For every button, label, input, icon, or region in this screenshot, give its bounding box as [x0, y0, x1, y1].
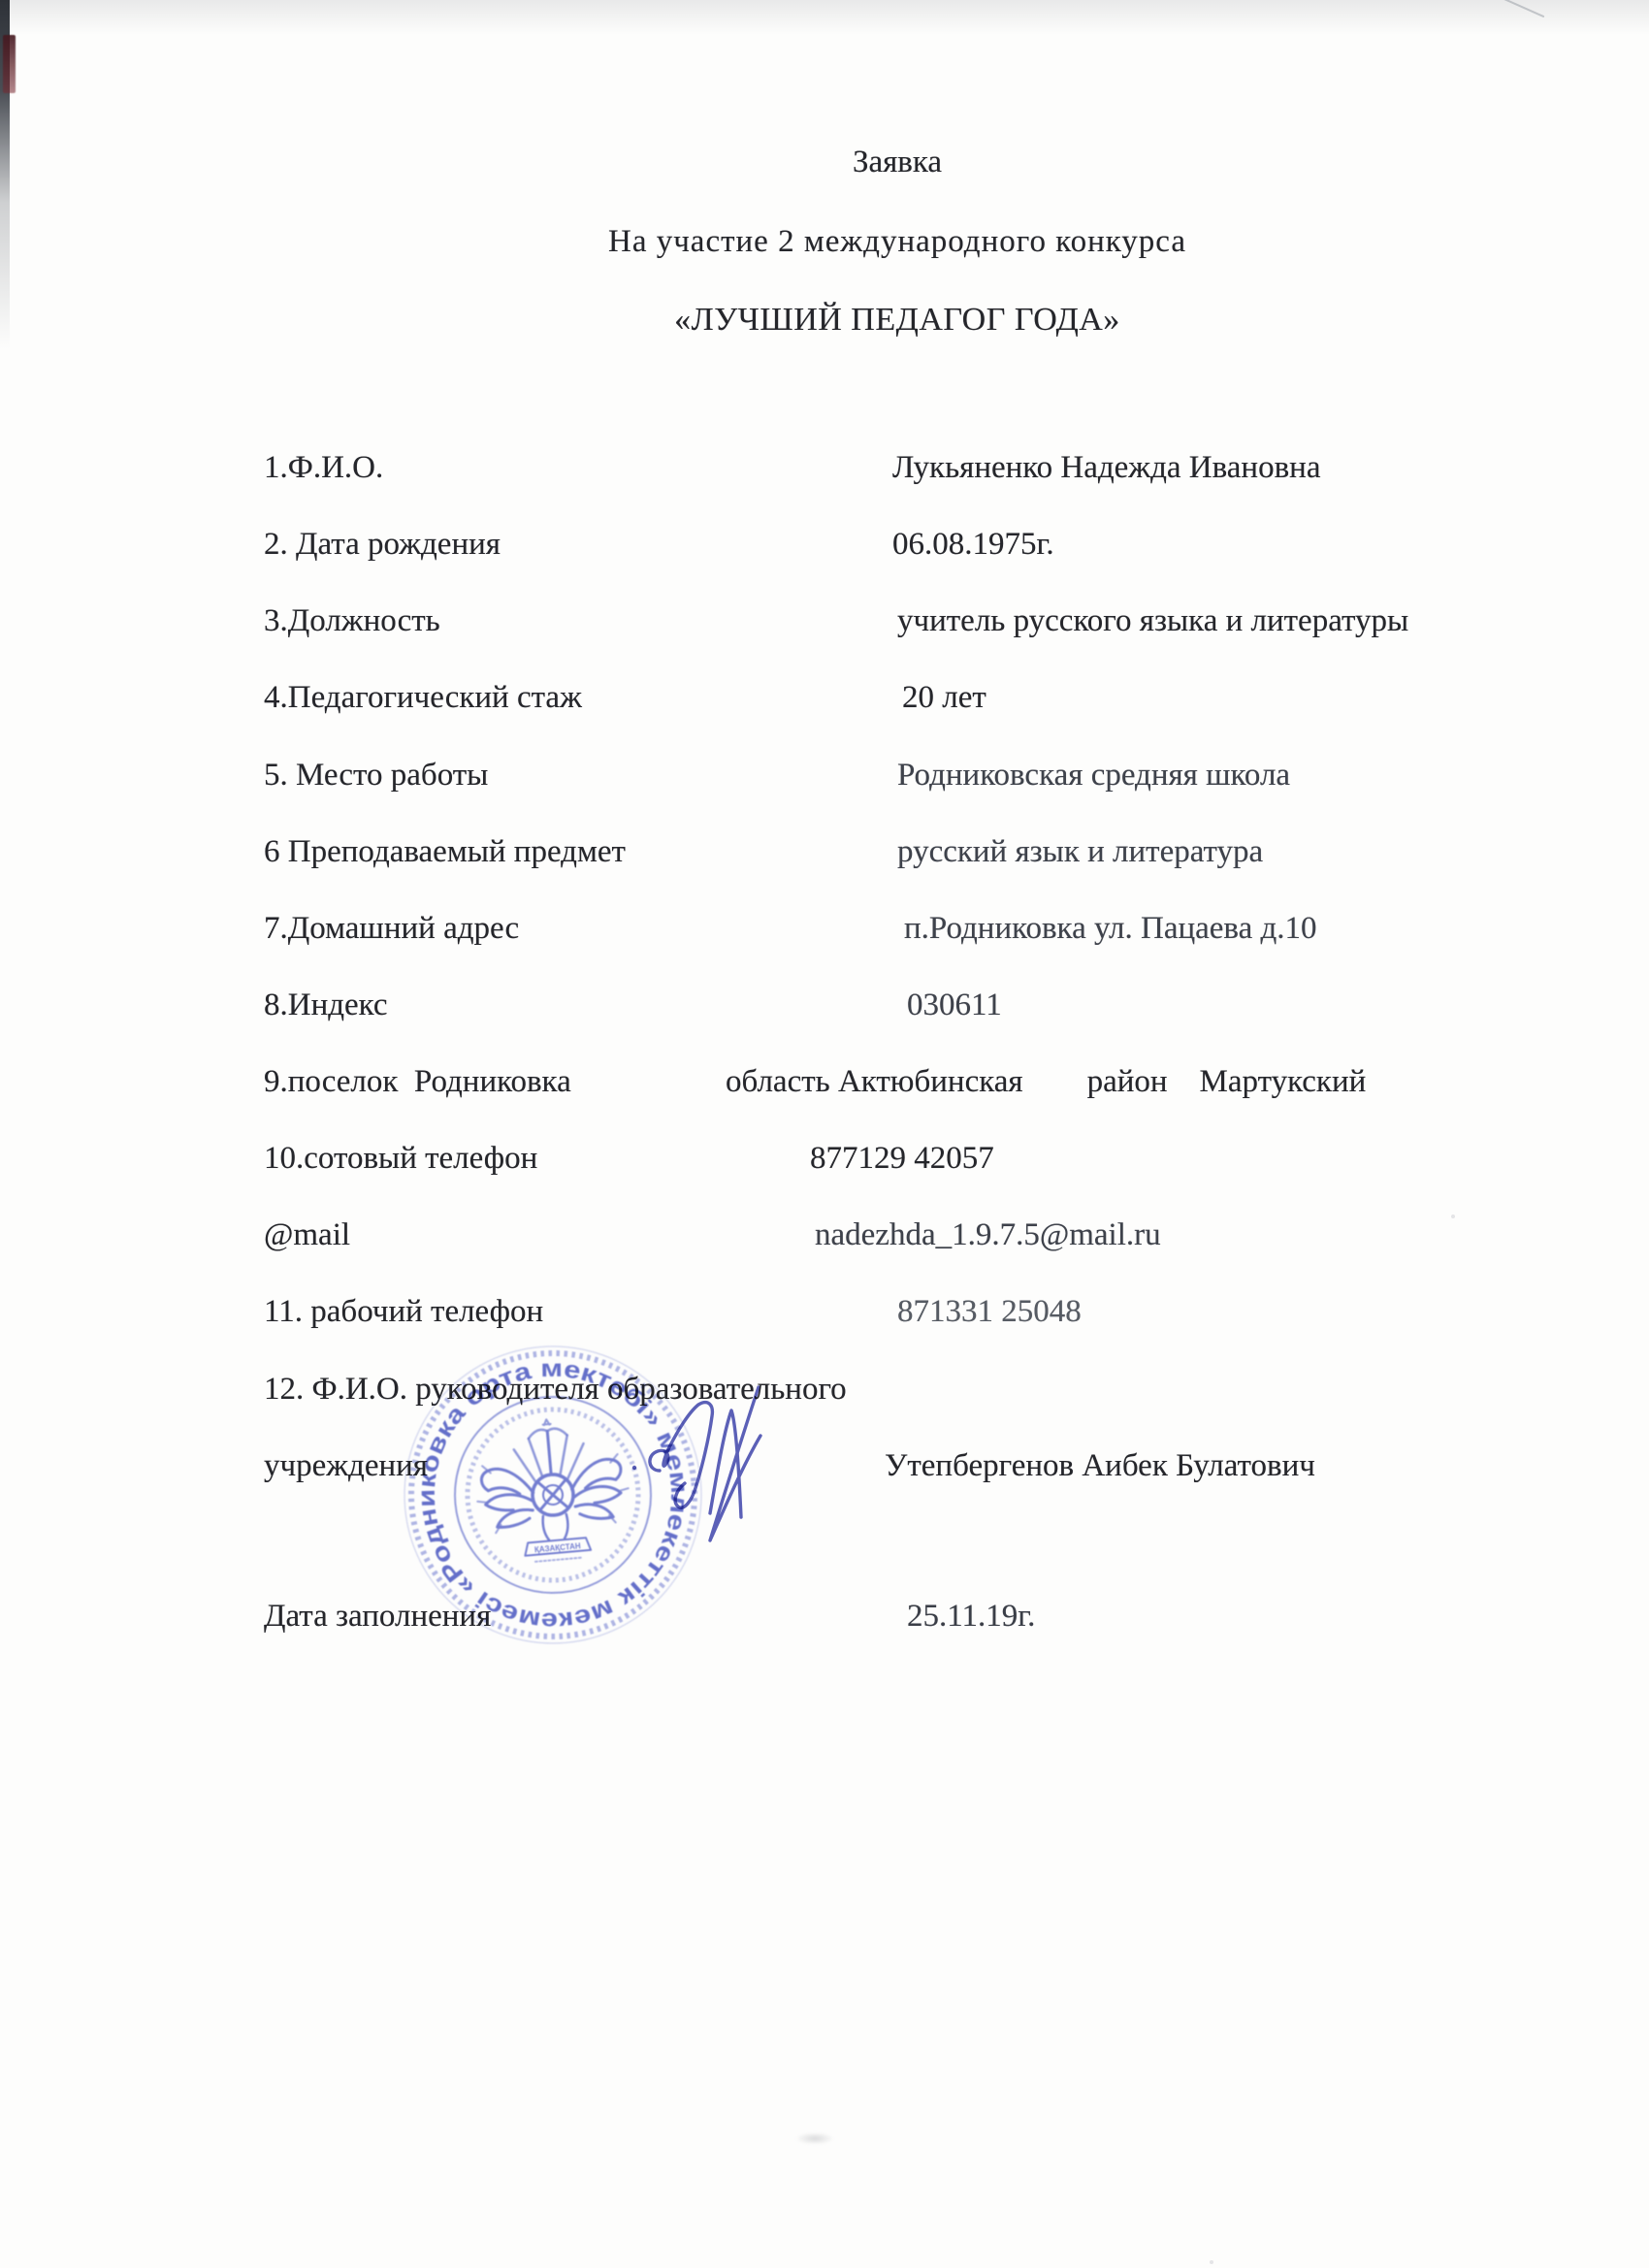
form-row-settlement-region: 9.поселок Родниковка область Актюбинская…	[0, 1062, 1649, 1105]
scan-scratch-artifact	[1503, 0, 1545, 17]
page-title: Заявка	[272, 145, 1523, 180]
form-row-home-address: 7.Домашний адрес п.Родниковка ул. Пацаев…	[0, 909, 1649, 952]
field-value: Родниковская средняя школа	[897, 756, 1290, 794]
field-value: 06.08.1975г.	[892, 525, 1054, 564]
field-value: 25.11.19г.	[907, 1597, 1035, 1636]
form-row-fio: 1.Ф.И.О. Лукьяненко Надежда Ивановна	[0, 448, 1649, 491]
kazakhstan-emblem: ҚАЗАҚСТАН	[470, 1412, 633, 1566]
field-label: 8.Индекс	[264, 986, 388, 1024]
field-label: 1.Ф.И.О.	[264, 448, 383, 487]
signature	[611, 1366, 795, 1560]
form-row-head-name-line1: 12. Ф.И.О. руководителя образовательного	[0, 1370, 1649, 1412]
form-row-cell-phone: 10.сотовый телефон 877129 42057	[0, 1139, 1649, 1182]
form-row-email: @mail nadezhda_1.9.7.5@mail.ru	[0, 1215, 1649, 1258]
scanned-application-form: Заявка На участие 2 международного конку…	[0, 0, 1649, 2268]
form-row-work-phone: 11. рабочий телефон 871331 25048	[0, 1292, 1649, 1335]
field-value: 871331 25048	[897, 1292, 1082, 1331]
field-value: русский язык и литература	[897, 832, 1263, 871]
scan-smudge	[795, 2132, 834, 2145]
field-value: п.Родниковка ул. Пацаева д.10	[904, 909, 1317, 948]
field-value: nadezhda_1.9.7.5@mail.ru	[815, 1215, 1161, 1254]
field-label: 10.сотовый телефон	[264, 1139, 537, 1178]
field-value: Лукьяненко Надежда Ивановна	[892, 448, 1320, 487]
field-label: @mail	[264, 1215, 350, 1254]
form-row-postcode: 8.Индекс 030611	[0, 986, 1649, 1028]
form-row-birthdate: 2. Дата рождения 06.08.1975г.	[0, 525, 1649, 567]
field-label: 9.поселок Родниковка	[264, 1062, 571, 1101]
field-value: 20 лет	[902, 678, 986, 717]
form-row-subject: 6 Преподаваемый предмет русский язык и л…	[0, 832, 1649, 875]
field-label: 6 Преподаваемый предмет	[264, 832, 626, 871]
page-subtitle: На участие 2 международного конкурса	[272, 224, 1523, 260]
scan-corner-mark	[3, 35, 16, 93]
form-row-head-name-line2: учреждения Утепбергенов Аибек Булатович	[0, 1446, 1649, 1489]
form-row-position: 3.Должность учитель русского языка и лит…	[0, 601, 1649, 644]
field-label: 11. рабочий телефон	[264, 1292, 543, 1331]
scan-top-shading	[0, 0, 1649, 35]
field-value: 877129 42057	[810, 1139, 994, 1178]
contest-name: «ЛУЧШИЙ ПЕДАГОГ ГОДА»	[272, 302, 1523, 339]
field-label: 2. Дата рождения	[264, 525, 501, 564]
field-value: 030611	[907, 986, 1002, 1024]
field-label: 4.Педагогический стаж	[264, 678, 582, 717]
field-value: область Актюбинская район Мартукский	[726, 1062, 1366, 1101]
field-value: Утепбергенов Аибек Булатович	[885, 1446, 1315, 1485]
field-label: 3.Должность	[264, 601, 440, 640]
field-label: 7.Домашний адрес	[264, 909, 519, 948]
form-row-fill-date: Дата заполнения 25.11.19г.	[0, 1597, 1649, 1639]
field-label: 5. Место работы	[264, 756, 488, 794]
scan-speck	[1210, 2260, 1213, 2264]
form-row-experience: 4.Педагогический стаж 20 лет	[0, 678, 1649, 721]
field-value: учитель русского языка и литературы	[897, 601, 1408, 640]
form-row-workplace: 5. Место работы Родниковская средняя шко…	[0, 756, 1649, 798]
